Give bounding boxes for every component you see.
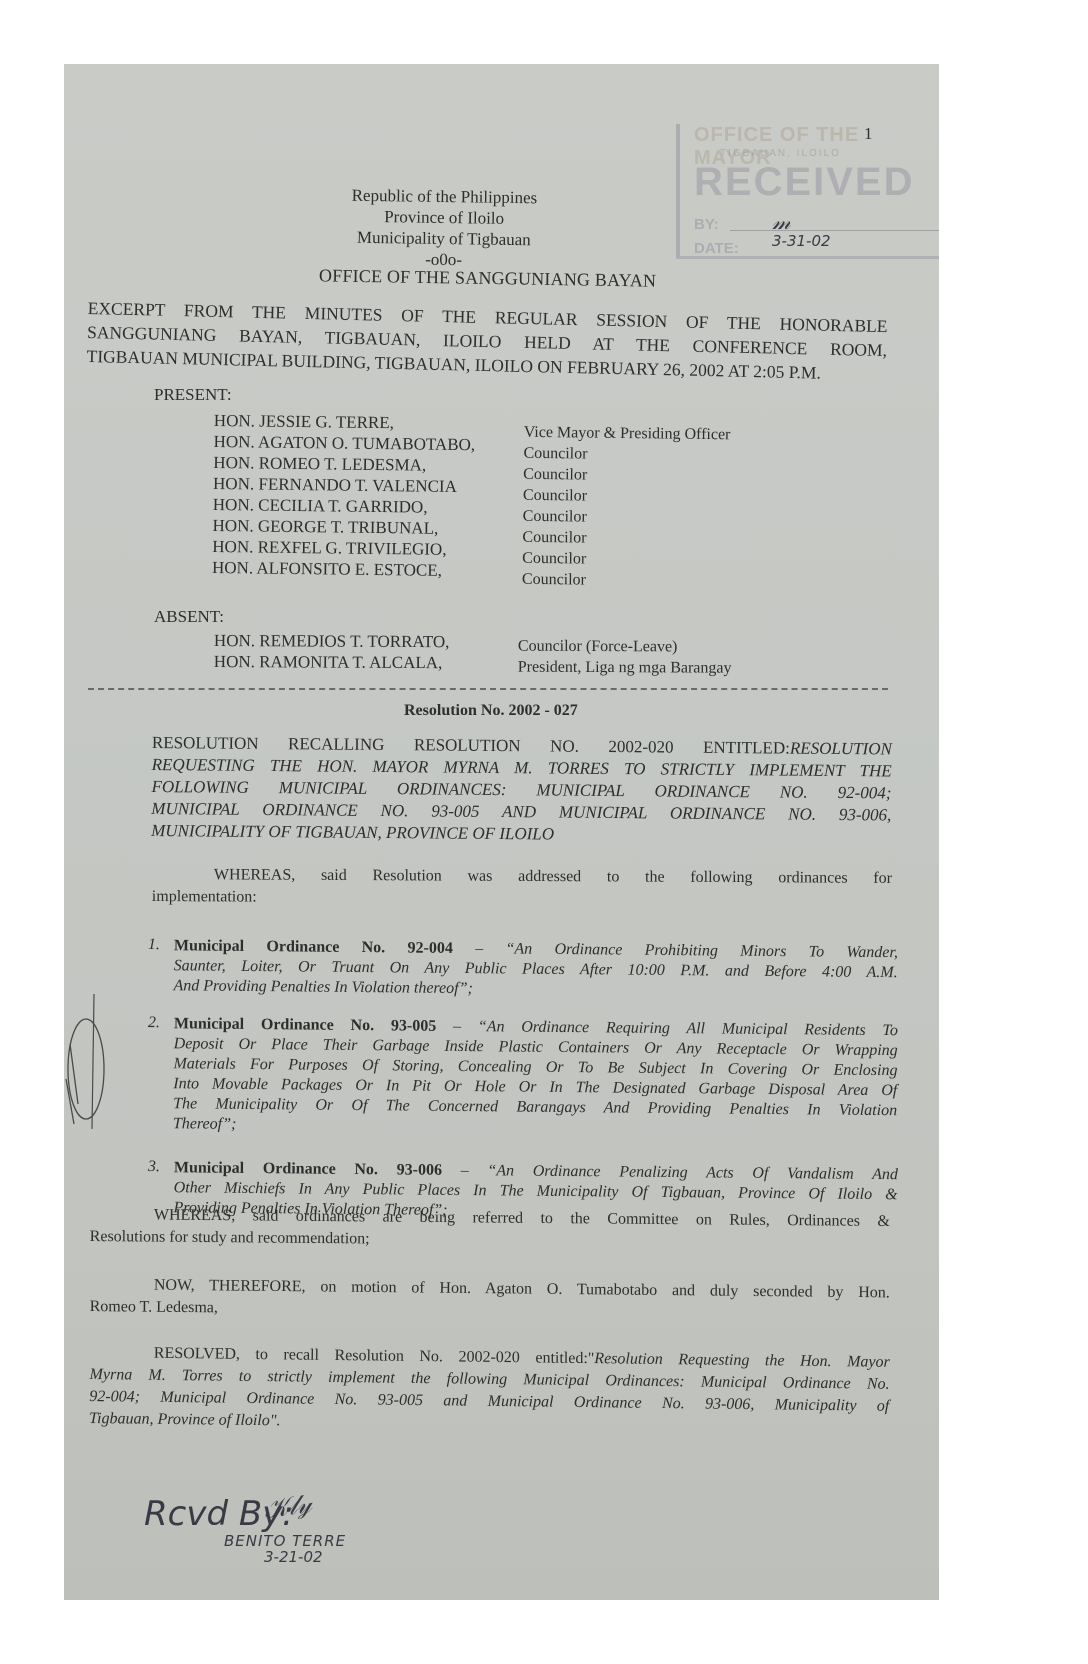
- letterhead: Republic of the Philippines Province of …: [313, 184, 574, 272]
- ordinance-text-line: And Providing Penalties In Violation the…: [173, 977, 473, 997]
- stamp-handwritten-date: 3-31-02: [772, 232, 831, 250]
- absent-member-role: Councilor (Force-Leave): [518, 636, 808, 659]
- stamp-by-line: [730, 230, 939, 231]
- whereas-1-line-1: WHEREAS, said Resolution was addressed t…: [152, 864, 892, 890]
- whereas-1-line-2: implementation:: [152, 886, 892, 912]
- document-page: 1 OFFICE OF THE MAYOR TIGBAUAN, ILOILO R…: [64, 64, 939, 1600]
- stamp-sub: TIGBAUAN, ILOILO: [720, 148, 841, 159]
- office-title: OFFICE OF THE SANGGUNIANG BAYAN: [319, 265, 657, 291]
- ordinance-label: Municipal Ordinance No. 93-006: [174, 1159, 442, 1179]
- ordinance-item: 2.Municipal Ordinance No. 93-005 – “An O…: [147, 1014, 898, 1141]
- absent-member-name: HON. RAMONITA T. ALCALA,: [214, 651, 544, 674]
- resolution-number: Resolution No. 2002 - 027: [404, 702, 578, 720]
- resolution-title-line-0: RESOLUTION: [790, 739, 892, 759]
- stamp-date-label: DATE:: [694, 240, 739, 257]
- ordinance-label: Municipal Ordinance No. 93-005: [174, 1015, 437, 1035]
- absent-member-name: HON. REMEDIOS T. TORRATO,: [214, 630, 544, 653]
- ordinance-number: 3.: [148, 1158, 160, 1176]
- absent-label: ABSENT:: [154, 606, 224, 628]
- excerpt-heading: EXCERPT FROM THE MINUTES OF THE REGULAR …: [86, 296, 887, 386]
- ordinance-text-line: – “An Ordinance Prohibiting Minors To Wa…: [475, 940, 898, 961]
- divider-dashed: [88, 688, 888, 690]
- signed-date: 3-21-02: [264, 1548, 323, 1566]
- present-member-name: HON. ALFONSITO E. ESTOCE,: [212, 557, 542, 582]
- margin-initial-mark: [64, 984, 124, 1134]
- resolution-title: RESOLUTION RECALLING RESOLUTION NO. 2002…: [151, 732, 892, 848]
- ordinance-text-line: – “An Ordinance Requiring All Municipal …: [453, 1018, 898, 1039]
- present-label: PRESENT:: [154, 384, 232, 406]
- resolved-lead: RESOLVED, to recall Resolution No. 2002-…: [154, 1345, 595, 1367]
- resolved: RESOLVED, to recall Resolution No. 2002-…: [89, 1342, 890, 1440]
- whereas-1: WHEREAS, said Resolution was addressed t…: [152, 864, 892, 912]
- ordinance-text-line: Thereof”;: [173, 1115, 237, 1133]
- ordinance-item: 1.Municipal Ordinance No. 92-004 – “An O…: [147, 936, 898, 1003]
- stamp-by-label: BY:: [694, 216, 719, 233]
- now-therefore: NOW, THEREFORE, on motion of Hon. Agaton…: [90, 1274, 890, 1326]
- ordinance-number: 1.: [148, 936, 160, 954]
- present-member-role: Councilor: [522, 569, 802, 593]
- ordinance-label: Municipal Ordinance No. 92-004: [174, 937, 453, 957]
- resolved-line-0: Resolution Requesting the Hon. Mayor: [594, 1350, 890, 1371]
- whereas-2: WHEREAS, said ordinances are being refer…: [90, 1204, 890, 1255]
- absent-member-role: President, Liga ng mga Barangay: [518, 657, 808, 680]
- signature: 𝒦𝓁𝓎: [262, 1489, 314, 1526]
- ordinance-number: 2.: [148, 1014, 160, 1032]
- stamp-received: RECEIVED: [694, 160, 915, 205]
- ordinance-text-line: – “An Ordinance Penalizing Acts Of Vanda…: [461, 1162, 898, 1183]
- received-stamp: OFFICE OF THE MAYOR TIGBAUAN, ILOILO REC…: [676, 124, 939, 259]
- letterhead-republic: Republic of the Philippines: [314, 184, 574, 209]
